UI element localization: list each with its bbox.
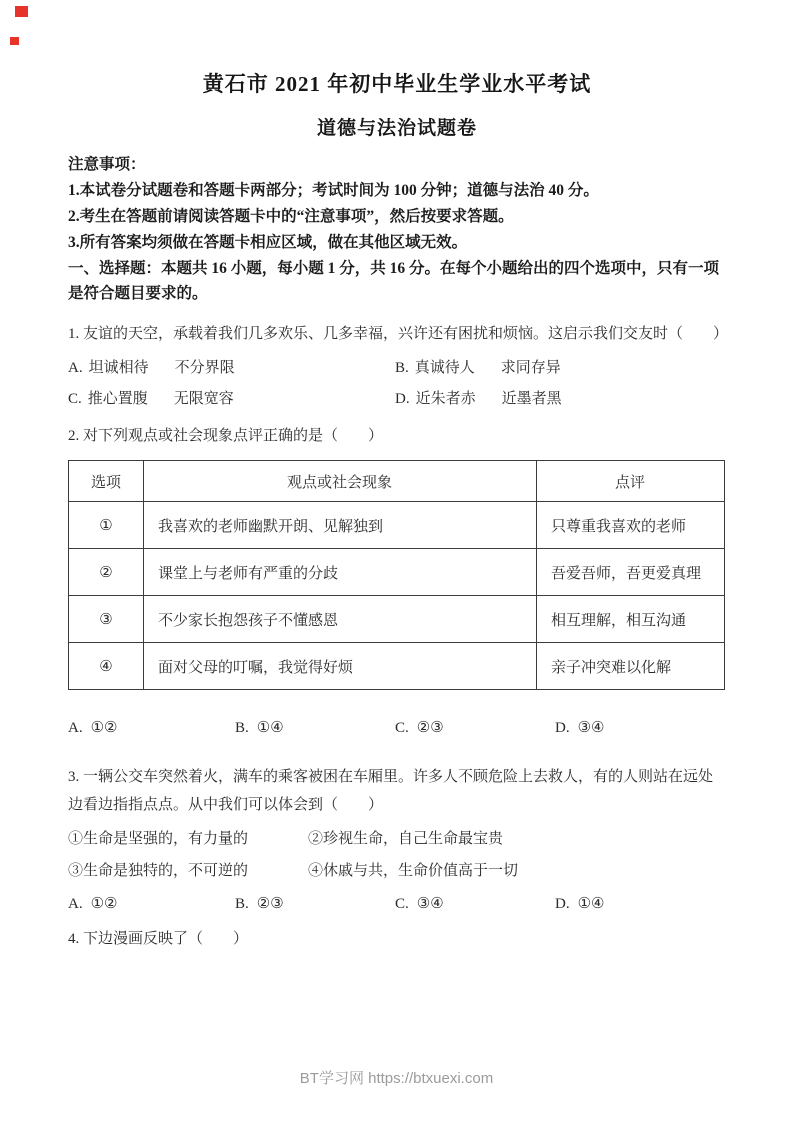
answer-item: A.①② (68, 894, 235, 915)
answer-label: B. (235, 720, 249, 736)
answer-value: ①④ (578, 896, 605, 912)
table-cell: 面对父母的叮嘱，我觉得好烦 (144, 643, 537, 690)
table-cell: 不少家长抱怨孩子不懂感恩 (144, 596, 537, 643)
option-label: C. (68, 391, 82, 407)
answer-item: A.①② (68, 718, 235, 739)
option-label: D. (395, 391, 410, 407)
notice-line: 2.考生在答题前请阅读答题卡中的“注意事项”，然后按要求答题。 (68, 204, 726, 230)
table-cell: 相互理解，相互沟通 (537, 596, 725, 643)
answer-item: C.③④ (395, 894, 555, 915)
option-text: 无限宽容 (174, 391, 234, 407)
answer-value: ①② (91, 720, 118, 736)
question-3-stem: 3. 一辆公交车突然着火，满车的乘客被困在车厢里。许多人不顾危险上去救人，有的人… (68, 763, 726, 819)
table-cell: ② (69, 549, 144, 596)
table-cell: ③ (69, 596, 144, 643)
answer-value: ②③ (257, 896, 284, 912)
table-row: ① 我喜欢的老师幽默开朗、见解独到 只尊重我喜欢的老师 (69, 502, 725, 549)
statement-item: ③生命是独特的，不可逆的 (68, 861, 308, 882)
statement-item: ②珍视生命，自己生命最宝贵 (308, 829, 726, 850)
question-3-statements: ①生命是坚强的，有力量的 ②珍视生命，自己生命最宝贵 ③生命是独特的，不可逆的 … (68, 829, 726, 882)
option-text: 真诚待人 (415, 360, 475, 376)
answer-value: ①② (91, 896, 118, 912)
answer-item: D.①④ (555, 894, 726, 915)
exam-paper-page: 黄石市 2021 年初中毕业生学业水平考试 道德与法治试题卷 注意事项： 1.本… (0, 0, 793, 1122)
option-label: B. (395, 360, 409, 376)
answer-item: B.②③ (235, 894, 395, 915)
answer-item: B.①④ (235, 718, 395, 739)
question-2-stem: 2. 对下列观点或社会现象点评正确的是（ ） (68, 422, 726, 450)
answer-value: ③④ (417, 896, 444, 912)
option-text: 推心置腹 (88, 391, 148, 407)
document-content: 黄石市 2021 年初中毕业生学业水平考试 道德与法治试题卷 注意事项： 1.本… (68, 0, 726, 953)
table-cell: ④ (69, 643, 144, 690)
table-row: ③ 不少家长抱怨孩子不懂感恩 相互理解，相互沟通 (69, 596, 725, 643)
question-4-stem: 4. 下边漫画反映了（ ） (68, 925, 726, 953)
question-2-table: 选项 观点或社会现象 点评 ① 我喜欢的老师幽默开朗、见解独到 只尊重我喜欢的老… (68, 460, 725, 690)
notice-block: 注意事项： 1.本试卷分试题卷和答题卡两部分；考试时间为 100 分钟；道德与法… (68, 152, 726, 256)
table-header-cell: 选项 (69, 461, 144, 502)
answer-value: ③④ (578, 720, 605, 736)
table-row: ④ 面对父母的叮嘱，我觉得好烦 亲子冲突难以化解 (69, 643, 725, 690)
table-row: ② 课堂上与老师有严重的分歧 吾爱吾师，吾更爱真理 (69, 549, 725, 596)
statement-item: ①生命是坚强的，有力量的 (68, 829, 308, 850)
option-b: B.真诚待人求同存异 (395, 358, 726, 379)
answer-item: C.②③ (395, 718, 555, 739)
option-text: 求同存异 (501, 360, 561, 376)
question-1-options: A.坦诚相待不分界限 B.真诚待人求同存异 C.推心置腹无限宽容 D.近朱者赤近… (68, 358, 726, 410)
table-cell: 只尊重我喜欢的老师 (537, 502, 725, 549)
option-text: 近墨者黑 (502, 391, 562, 407)
table-header-cell: 观点或社会现象 (144, 461, 537, 502)
option-label: A. (68, 360, 83, 376)
footer-watermark: BT学习网 https://btxuexi.com (0, 1067, 793, 1088)
statement-item: ④休戚与共，生命价值高于一切 (308, 861, 726, 882)
answer-label: C. (395, 896, 409, 912)
table-header-row: 选项 观点或社会现象 点评 (69, 461, 725, 502)
answer-label: A. (68, 720, 83, 736)
answer-value: ②③ (417, 720, 444, 736)
page-title: 黄石市 2021 年初中毕业生学业水平考试 (68, 70, 726, 98)
question-3-answers: A.①② B.②③ C.③④ D.①④ (68, 894, 726, 915)
red-marker-icon (15, 6, 28, 17)
notice-line: 1.本试卷分试题卷和答题卡两部分；考试时间为 100 分钟；道德与法治 40 分… (68, 178, 726, 204)
answer-label: A. (68, 896, 83, 912)
answer-label: B. (235, 896, 249, 912)
option-text: 不分界限 (175, 360, 235, 376)
section-one-heading: 一、选择题：本题共 16 小题，每小题 1 分，共 16 分。在每个小题给出的四… (68, 256, 726, 306)
option-text: 近朱者赤 (416, 391, 476, 407)
answer-item: D.③④ (555, 718, 726, 739)
notice-line: 3.所有答案均须做在答题卡相应区域，做在其他区域无效。 (68, 230, 726, 256)
table-cell: ① (69, 502, 144, 549)
question-1-stem: 1. 友谊的天空，承载着我们几多欢乐、几多幸福，兴许还有困扰和烦恼。这启示我们交… (68, 320, 726, 348)
table-cell: 吾爱吾师，吾更爱真理 (537, 549, 725, 596)
answer-value: ①④ (257, 720, 284, 736)
table-cell: 我喜欢的老师幽默开朗、见解独到 (144, 502, 537, 549)
option-text: 坦诚相待 (89, 360, 149, 376)
table-cell: 课堂上与老师有严重的分歧 (144, 549, 537, 596)
table-cell: 亲子冲突难以化解 (537, 643, 725, 690)
question-2-answers: A.①② B.①④ C.②③ D.③④ (68, 718, 726, 739)
red-marker-icon (10, 37, 19, 45)
answer-label: D. (555, 896, 570, 912)
option-c: C.推心置腹无限宽容 (68, 389, 395, 410)
notice-heading: 注意事项： (68, 152, 726, 178)
table-header-cell: 点评 (537, 461, 725, 502)
answer-label: C. (395, 720, 409, 736)
page-subtitle: 道德与法治试题卷 (68, 116, 726, 142)
answer-label: D. (555, 720, 570, 736)
option-d: D.近朱者赤近墨者黑 (395, 389, 726, 410)
option-a: A.坦诚相待不分界限 (68, 358, 395, 379)
